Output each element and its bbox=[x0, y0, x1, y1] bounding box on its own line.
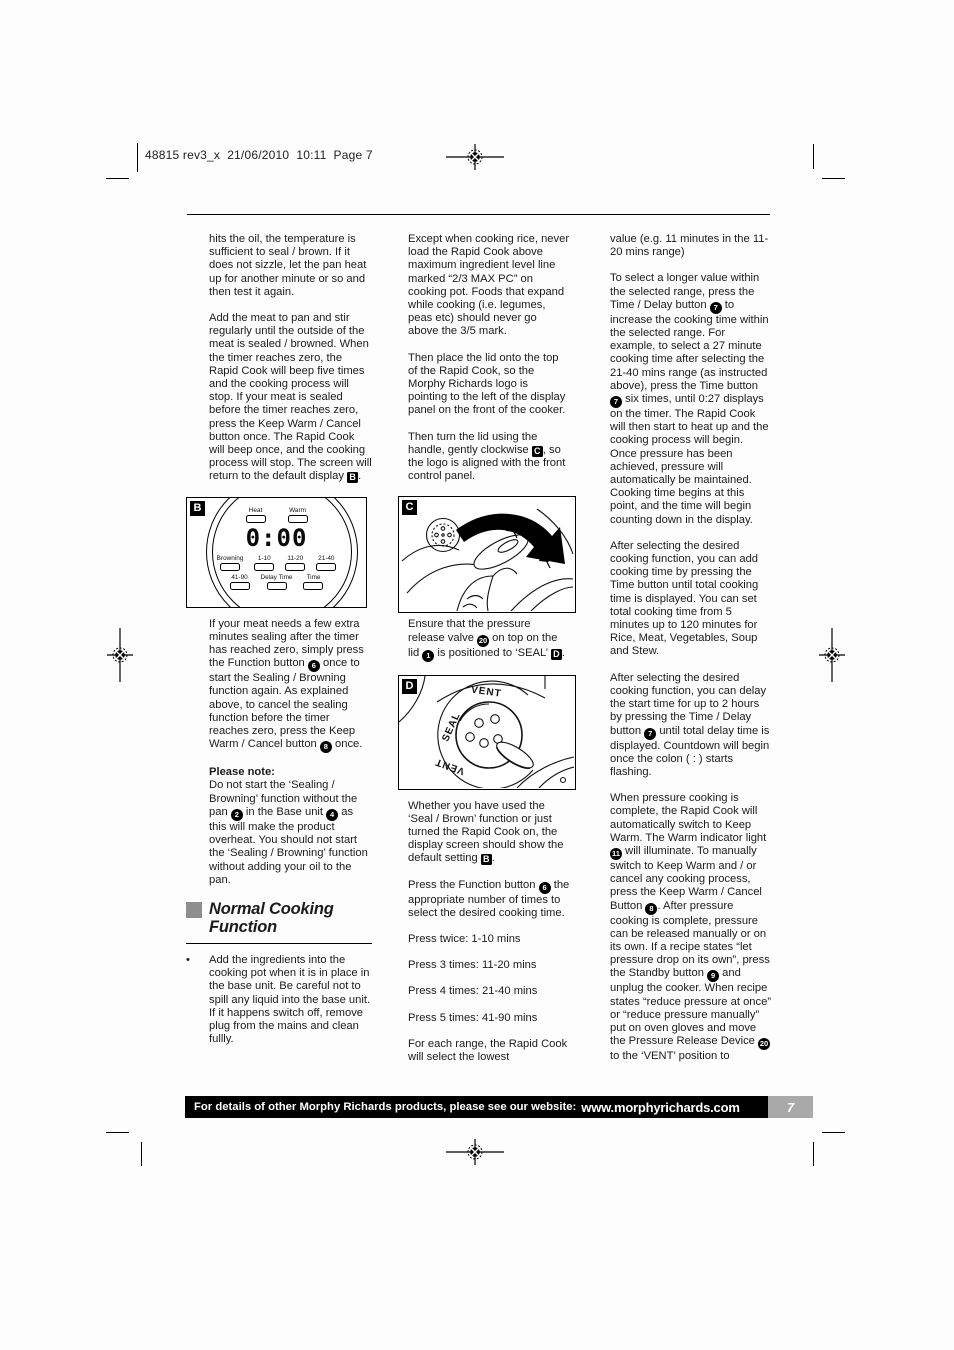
crop-mark bbox=[137, 143, 139, 172]
indicator-1-10: 1-10 bbox=[254, 555, 274, 571]
paragraph: For each range, the Rapid Cook will sele… bbox=[408, 1038, 570, 1064]
figure-d-pressure-valve: D bbox=[398, 675, 576, 790]
bullet-marker: • bbox=[186, 954, 209, 1059]
paragraph: Then turn the lid using the handle, gent… bbox=[408, 431, 570, 484]
manual-page: 48815 rev3_x 21/06/2010 10:11 Page 7 bbox=[0, 0, 954, 1350]
figure-label: B bbox=[190, 501, 205, 516]
indicator-heat: Heat bbox=[246, 507, 266, 523]
paragraph: Press the Function button 6 the appropri… bbox=[408, 879, 570, 920]
column-3: value (e.g. 11 minutes in the 11-20 mins… bbox=[610, 233, 772, 1076]
paragraph: Do not start the ‘Sealing / Browning’ fu… bbox=[209, 779, 372, 886]
paragraph: Add the ingredients into the cooking pot… bbox=[209, 954, 372, 1046]
callout-number-20: 20 bbox=[477, 635, 489, 647]
footer-website-url: www.morphyrichards.com bbox=[581, 1100, 739, 1115]
footer-banner: For details of other Morphy Richards pro… bbox=[185, 1096, 768, 1118]
figure-ref-B: B bbox=[481, 854, 492, 865]
press-instruction: Press 4 times: 21-40 mins bbox=[408, 985, 570, 998]
paragraph: After selecting the desired cooking func… bbox=[610, 540, 772, 659]
press-instruction: Press 3 times: 11-20 mins bbox=[408, 959, 570, 972]
indicator-lamp bbox=[267, 582, 287, 590]
paragraph: Whether you have used the ‘Seal / Brown’… bbox=[408, 800, 570, 866]
registration-mark-left bbox=[90, 625, 150, 685]
crop-mark bbox=[106, 1132, 129, 1134]
figure-label: D bbox=[402, 679, 417, 694]
paragraph: Ensure that the pressure release valve 2… bbox=[408, 618, 570, 661]
figure-ref-B: B bbox=[347, 472, 358, 483]
lcd-time-display: 0:00 bbox=[246, 525, 308, 551]
valve-label-vent-bottom: VENT bbox=[434, 755, 467, 776]
callout-number-8: 8 bbox=[320, 741, 332, 753]
registration-mark-top bbox=[445, 127, 505, 187]
callout-number-20: 20 bbox=[758, 1038, 770, 1050]
crop-mark bbox=[822, 178, 845, 180]
press-instruction: Press 5 times: 41-90 mins bbox=[408, 1012, 570, 1025]
callout-number-4: 4 bbox=[326, 809, 338, 821]
valve-label-vent-top: VENT bbox=[470, 684, 502, 699]
content-top-rule bbox=[187, 214, 770, 215]
footer-text: For details of other Morphy Richards pro… bbox=[194, 1101, 576, 1113]
crop-mark bbox=[106, 178, 129, 180]
callout-number-1: 1 bbox=[422, 650, 434, 662]
registration-mark-bottom bbox=[445, 1122, 505, 1182]
callout-number-11: 11 bbox=[610, 848, 622, 860]
crop-mark bbox=[141, 1142, 143, 1166]
crop-mark bbox=[813, 1142, 815, 1166]
indicator-lamp bbox=[254, 563, 274, 571]
column-1: hits the oil, the temperature is suffici… bbox=[186, 233, 372, 1059]
figure-b-display-panel: B Heat Warm 0:00 Browning bbox=[186, 497, 367, 608]
section-marker-square bbox=[186, 902, 202, 918]
callout-number-7: 7 bbox=[610, 396, 622, 408]
figure-ref-D: D bbox=[551, 649, 562, 660]
paragraph: If your meat needs a few extra minutes s… bbox=[209, 618, 372, 754]
print-slug: 48815 rev3_x 21/06/2010 10:11 Page 7 bbox=[145, 148, 373, 162]
crop-mark bbox=[813, 144, 815, 169]
press-instruction: Press twice: 1-10 mins bbox=[408, 933, 570, 946]
indicator-41-90: 41-90 bbox=[230, 574, 250, 590]
indicator-lamp bbox=[288, 515, 308, 523]
callout-number-6: 6 bbox=[539, 882, 551, 894]
paragraph: Then place the lid onto the top of the R… bbox=[408, 352, 570, 418]
indicator-lamp bbox=[220, 563, 240, 571]
section-title: Normal Cooking Function bbox=[209, 900, 372, 936]
callout-number-2: 2 bbox=[231, 809, 243, 821]
indicator-lamp bbox=[303, 582, 323, 590]
callout-number-7: 7 bbox=[710, 302, 722, 314]
paragraph: After selecting the desired cooking func… bbox=[610, 672, 772, 779]
column-2: Except when cooking rice, never load the… bbox=[388, 233, 570, 1077]
indicator-21-40: 21-40 bbox=[316, 555, 336, 571]
callout-number-8: 8 bbox=[645, 903, 657, 915]
callout-number-7: 7 bbox=[644, 728, 656, 740]
indicator-warm: Warm bbox=[288, 507, 308, 523]
indicator-lamp bbox=[230, 582, 250, 590]
indicator-delay-time: Delay Time bbox=[261, 574, 293, 590]
indicator-lamp bbox=[316, 563, 336, 571]
paragraph: To select a longer value within the sele… bbox=[610, 272, 772, 526]
crop-mark bbox=[822, 1132, 845, 1134]
indicator-11-20: 11-20 bbox=[285, 555, 305, 571]
registration-mark-right bbox=[802, 625, 862, 685]
figure-c-lid-rotation: C bbox=[398, 496, 576, 613]
page-number-badge: 7 bbox=[768, 1096, 813, 1118]
indicator-lamp bbox=[246, 515, 266, 523]
valve-label-seal: SEAL bbox=[440, 710, 463, 742]
indicator-lamp bbox=[285, 563, 305, 571]
paragraph: hits the oil, the temperature is suffici… bbox=[209, 233, 372, 299]
paragraph: value (e.g. 11 minutes in the 11-20 mins… bbox=[610, 233, 772, 259]
figure-label: C bbox=[402, 500, 417, 515]
callout-number-9: 9 bbox=[707, 970, 719, 982]
paragraph: When pressure cooking is complete, the R… bbox=[610, 792, 772, 1063]
bullet-item: • Add the ingredients into the cooking p… bbox=[186, 954, 372, 1059]
paragraph: Add the meat to pan and stir regularly u… bbox=[209, 312, 372, 484]
paragraph: Except when cooking rice, never load the… bbox=[408, 233, 570, 339]
indicator-browning: Browning bbox=[217, 555, 244, 571]
figure-ref-C: C bbox=[532, 446, 543, 457]
lid-rotation-drawing bbox=[399, 497, 574, 611]
note-heading: Please note: bbox=[209, 766, 372, 779]
valve-drawing: VENT SEAL VENT bbox=[399, 676, 574, 788]
section-heading: Normal Cooking Function bbox=[186, 900, 372, 944]
indicator-time: Time bbox=[303, 574, 323, 590]
callout-number-6: 6 bbox=[308, 660, 320, 672]
